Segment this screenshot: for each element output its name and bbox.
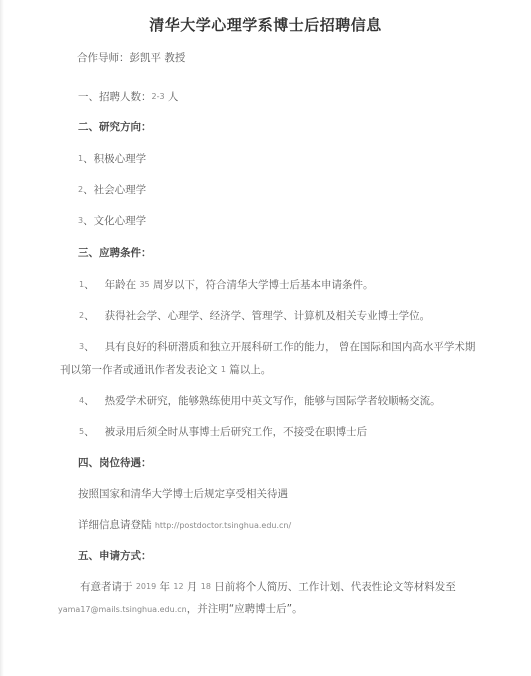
instruction-text: 有意者请于 (80, 581, 136, 593)
section1-heading: 一、招聘人数： (78, 91, 152, 103)
item-text: 具有良好的科研潜质和独立开展科研工作的能力， 曾在国际和国内高水平学术期 (105, 341, 476, 353)
item-text: 热爱学术研究，能够熟练使用中英文写作，能够与国际学者较顺畅交流。 (105, 395, 441, 407)
requirement-item: 4、热爱学术研究，能够熟练使用中英文写作，能够与国际学者较顺畅交流。 (79, 394, 441, 408)
item-text: 年龄在 (105, 279, 140, 291)
section5-heading: 五、申请方式： (78, 549, 152, 563)
item-text: 社会心理学 (94, 184, 147, 196)
item-text: 文化心理学 (94, 215, 147, 227)
age-limit-value: 35 (139, 280, 149, 289)
details-link-label: 详细信息请登陆 (78, 519, 155, 531)
instruction-text: 月 (184, 581, 201, 593)
item-separator: 、 (84, 426, 95, 438)
instruction-text: 年 (156, 581, 173, 593)
requirement-item: 1、年龄在 35 周岁以下，符合清华大学博士后基本申请条件。 (79, 278, 373, 292)
item-separator: 、 (83, 215, 94, 227)
item-separator: 、 (84, 310, 95, 322)
item-text: 刊以第一作者或通讯作者发表论文 (60, 364, 221, 376)
item-separator: 、 (84, 341, 95, 353)
section2-heading: 二、研究方向： (78, 120, 152, 134)
section4-heading: 四、岗位待遇： (78, 456, 152, 470)
deadline-day: 18 (201, 582, 211, 591)
document-page: 清华大学心理学系博士后招聘信息 合作导师：彭凯平 教授 一、招聘人数：2-3 人… (0, 0, 531, 676)
research-direction-item: 3、文化心理学 (78, 214, 146, 228)
item-separator: 、 (83, 184, 94, 196)
item-separator: 、 (83, 153, 94, 165)
item-separator: 、 (84, 279, 95, 291)
application-instructions-line2: yama17@mails.tsinghua.edu.cn，并注明“应聘博士后”。 (58, 602, 303, 617)
item-text: 获得社会学、心理学、经济学、管理学、计算机及相关专业博士学位。 (105, 310, 431, 322)
details-link-line: 详细信息请登陆 http://postdoctor.tsinghua.edu.c… (78, 518, 291, 533)
item-text: 被录用后须全时从事博士后研究工作，不接受在职博士后 (105, 426, 368, 438)
research-direction-item: 2、社会心理学 (78, 183, 146, 197)
contact-email[interactable]: yama17@mails.tsinghua.edu.cn (58, 605, 187, 614)
item-separator: 、 (84, 395, 95, 407)
research-direction-item: 1、积极心理学 (78, 152, 146, 166)
requirement-item: 2、获得社会学、心理学、经济学、管理学、计算机及相关专业博士学位。 (79, 309, 430, 323)
instruction-text: 日前将个人简历、工作计划、代表性论文等材料发至 (211, 581, 456, 593)
recruit-count-unit: 人 (165, 91, 179, 103)
item-text: 积极心理学 (94, 153, 147, 165)
postdoctor-link[interactable]: http://postdoctor.tsinghua.edu.cn/ (155, 521, 291, 530)
recruit-count-value: 2-3 (152, 92, 165, 101)
deadline-month: 12 (173, 582, 183, 591)
benefits-text: 按照国家和清华大学博士后规定享受相关待遇 (78, 487, 288, 501)
application-instructions-line1: 有意者请于 2019 年 12 月 18 日前将个人简历、工作计划、代表性论文等… (80, 580, 456, 594)
requirement-item-continuation: 刊以第一作者或通讯作者发表论文 1 篇以上。 (60, 363, 271, 377)
item-text: 周岁以下，符合清华大学博士后基本申请条件。 (150, 279, 374, 291)
deadline-year: 2019 (136, 582, 156, 591)
page-title: 清华大学心理学系博士后招聘信息 (0, 15, 531, 35)
requirement-item: 3、具有良好的科研潜质和独立开展科研工作的能力， 曾在国际和国内高水平学术期 (79, 340, 475, 354)
advisor-line: 合作导师：彭凯平 教授 (77, 51, 185, 65)
instruction-text: ，并注明“应聘博士后”。 (187, 603, 303, 615)
requirement-item: 5、被录用后须全时从事博士后研究工作，不接受在职博士后 (79, 425, 367, 439)
section3-heading: 三、应聘条件： (78, 246, 152, 260)
item-text: 篇以上。 (226, 364, 271, 376)
section1-recruit-count: 一、招聘人数：2-3 人 (78, 90, 178, 104)
